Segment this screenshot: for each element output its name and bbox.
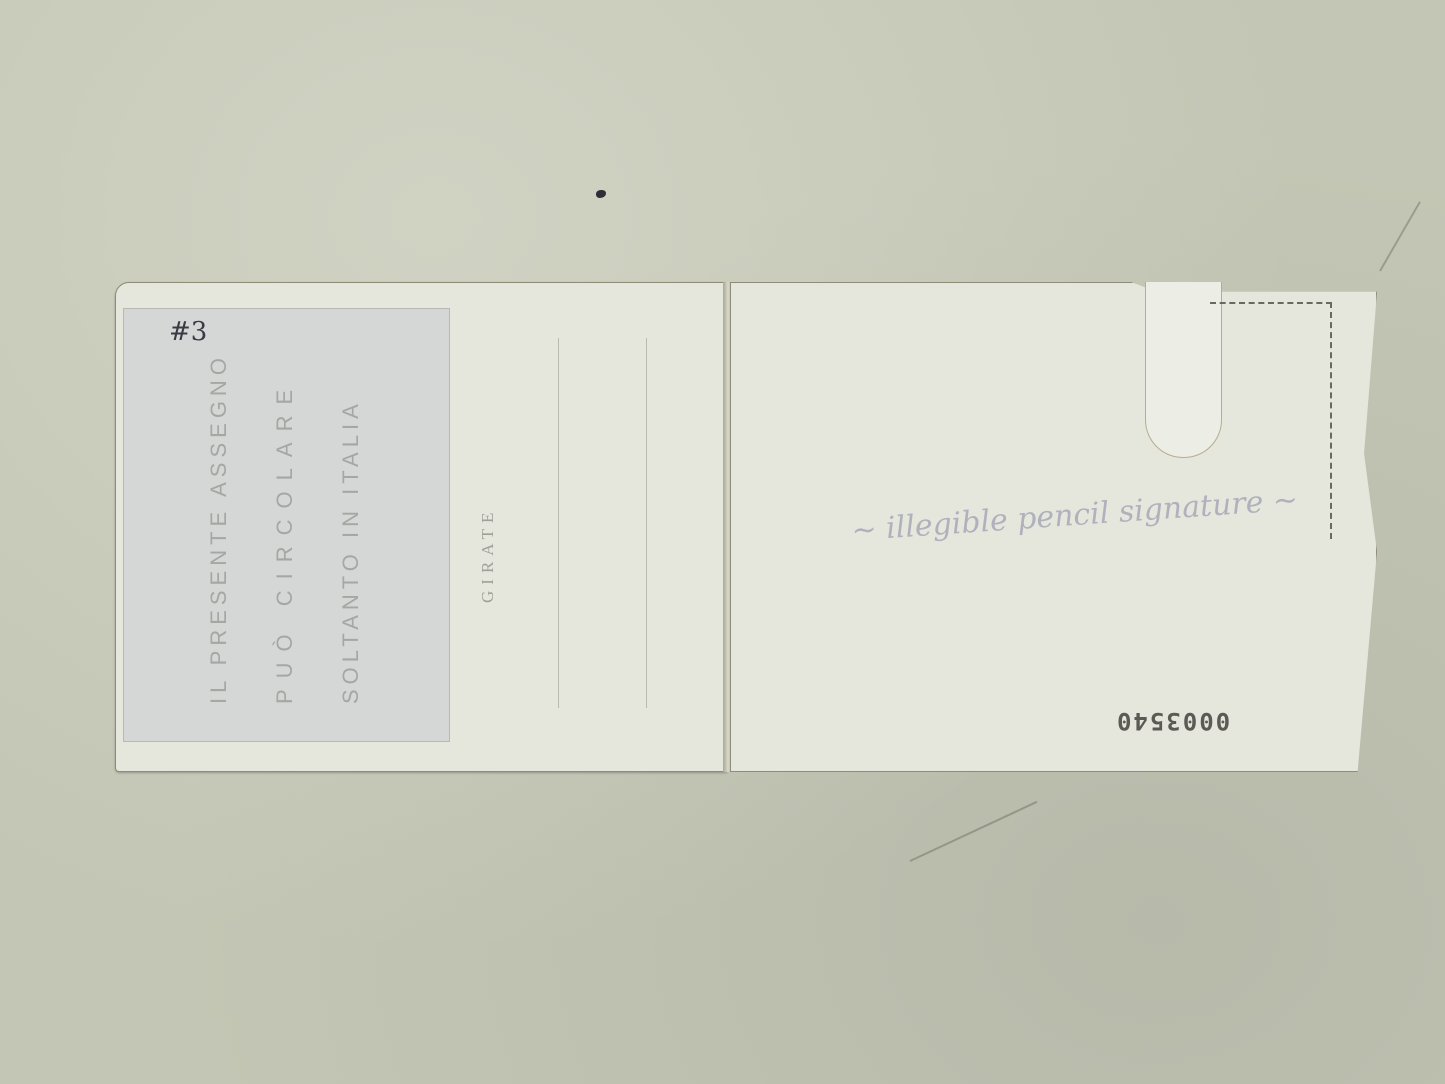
cheque-left-panel: IL PRESENTE ASSEGNO PUÒ CIRCOLARE SOLTAN… [115,282,727,772]
endorsement-label: GIRATE [478,507,498,603]
endorsement-line [558,338,559,708]
stamp-outline [1210,302,1332,539]
notice-line-2: PUÒ CIRCOLARE [272,379,298,704]
cheque-back: IL PRESENTE ASSEGNO PUÒ CIRCOLARE SOLTAN… [115,282,1377,772]
notice-line-1: IL PRESENTE ASSEGNO [206,353,232,704]
circulation-notice-box: IL PRESENTE ASSEGNO PUÒ CIRCOLARE SOLTAN… [123,308,450,742]
serial-number: 0003540 [1115,707,1230,735]
notice-line-3: SOLTANTO IN ITALIA [338,399,364,704]
endorsement-line [646,338,647,708]
handwritten-corner-mark: #3 [169,317,207,347]
